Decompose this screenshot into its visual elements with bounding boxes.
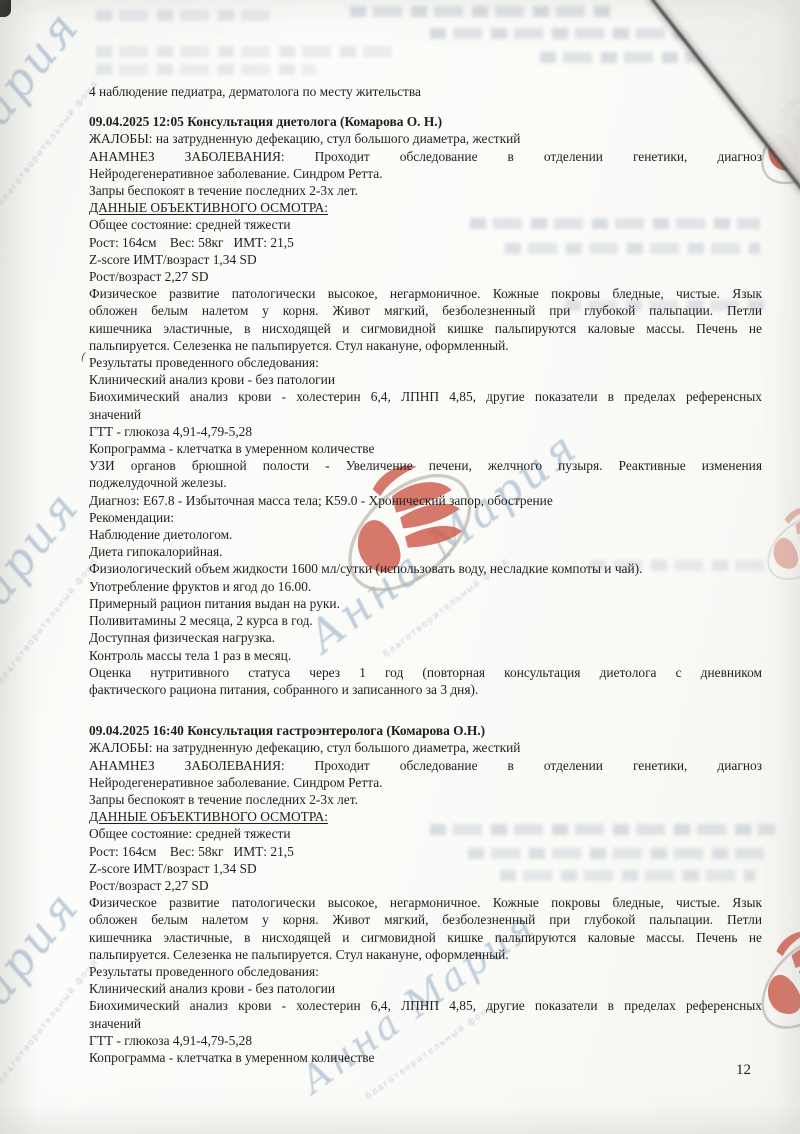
result-line: значений: [89, 1015, 762, 1032]
duration-line: Запры беспокоят в течение последних 2-3х…: [89, 791, 762, 808]
bleedthrough-row: [540, 52, 770, 63]
general-state-line: Общее состояние: средней тяжести: [89, 825, 762, 842]
results-heading: Результаты проведенного обследования:: [89, 354, 762, 371]
anamnesis-line: АНАМНЕЗ ЗАБОЛЕВАНИЯ: Проходит обследован…: [89, 148, 762, 165]
result-line: Биохимический анализ крови - холестерин …: [89, 997, 762, 1014]
watermark-script-left-middle: Мария: [0, 480, 90, 654]
recommendation-line: Употребление фруктов и ягод до 16.00.: [89, 578, 762, 595]
consultation-gastroenterologist: 09.04.2025 16:40 Консультация гастроэнте…: [89, 722, 762, 1066]
consultation-dietologist: 09.04.2025 12:05 Консультация диетолога …: [89, 113, 762, 698]
physical-exam-line: Физическое развитие патологически высоко…: [89, 894, 762, 911]
recommendation-line: Контроль массы тела 1 раз в месяц.: [89, 647, 762, 664]
physical-exam-line: кишечника эластичные, в нисходящей и сиг…: [89, 929, 762, 946]
z-score-height-line: Рост/возраст 2,27 SD: [89, 877, 762, 894]
duration-line: Запры беспокоят в течение последних 2-3х…: [89, 182, 762, 199]
recommendation-line: Доступная физическая нагрузка.: [89, 629, 762, 646]
recommendations-heading: Рекомендации:: [89, 509, 762, 526]
result-line: поджелудочной железы.: [89, 474, 762, 491]
watermark-subtext: благотворительный фонд: [0, 557, 100, 686]
complaints-line: ЖАЛОБЫ: на затрудненную дефекацию, стул …: [89, 130, 762, 147]
document-page: Мария благотворительный фонд Мария благо…: [0, 0, 800, 1134]
recommendation-line: Поливитамины 2 месяца, 2 курса в год.: [89, 612, 762, 629]
result-line: Копрограмма - клетчатка в умеренном коли…: [89, 1049, 762, 1066]
physical-exam-line: кишечника эластичные, в нисходящей и сиг…: [89, 320, 762, 337]
consultation-title: 09.04.2025 12:05 Консультация диетолога …: [89, 113, 762, 130]
result-line: Биохимический анализ крови - холестерин …: [89, 388, 762, 405]
header-note: 4 наблюдение педиатра, дерматолога по ме…: [89, 83, 762, 100]
physical-exam-line: пальпируется. Селезенка не пальпируется.…: [89, 946, 762, 963]
result-line: Клинический анализ крови - без патологии: [89, 371, 762, 388]
watermark-script-left-top: Мария: [0, 0, 90, 174]
recommendation-line: Физиологический объем жидкости 1600 мл/с…: [89, 560, 762, 577]
exam-heading: ДАННЫЕ ОБЪЕКТИВНОГО ОСМОТРА:: [89, 808, 762, 825]
results-heading: Результаты проведенного обследования:: [89, 963, 762, 980]
z-score-bmi-line: Z-score ИМТ/возраст 1,34 SD: [89, 251, 762, 268]
result-line: Клинический анализ крови - без патологии: [89, 980, 762, 997]
watermark-subtext: благотворительный фонд: [0, 957, 100, 1086]
bleedthrough-row: [350, 6, 610, 17]
bleedthrough-row: [96, 10, 276, 21]
result-line: значений: [89, 406, 762, 423]
physical-exam-line: Физическое развитие патологически высоко…: [89, 285, 762, 302]
anthropometry-line: Рост: 164см Вес: 58кг ИМТ: 21,5: [89, 234, 762, 251]
recommendation-line: Примерный рацион питания выдан на руки.: [89, 595, 762, 612]
recommendation-line: Диета гипокалорийная.: [89, 543, 762, 560]
z-score-height-line: Рост/возраст 2,27 SD: [89, 268, 762, 285]
watermark-script-left-bottom: Мария: [0, 880, 90, 1054]
result-line: ГТТ - глюкоза 4,91-4,79-5,28: [89, 1032, 762, 1049]
physical-exam-line: обложен белым налетом у корня. Живот мяг…: [89, 302, 762, 319]
z-score-bmi-line: Z-score ИМТ/возраст 1,34 SD: [89, 860, 762, 877]
physical-exam-line: пальпируется. Селезенка не пальпируется.…: [89, 337, 762, 354]
result-line: ГТТ - глюкоза 4,91-4,79-5,28: [89, 423, 762, 440]
watermark-subtext: благотворительный фонд: [0, 79, 100, 208]
bleedthrough-row: [96, 46, 396, 57]
complaints-line: ЖАЛОБЫ: на затрудненную дефекацию, стул …: [89, 739, 762, 756]
general-state-line: Общее состояние: средней тяжести: [89, 216, 762, 233]
page-number: 12: [736, 1062, 751, 1079]
recommendation-line: фактического рациона питания, собранного…: [89, 681, 762, 698]
document-body: 4 наблюдение педиатра, дерматолога по ме…: [89, 83, 762, 1066]
physical-exam-line: обложен белым налетом у корня. Живот мяг…: [89, 911, 762, 928]
consultation-title: 09.04.2025 16:40 Консультация гастроэнте…: [89, 722, 762, 739]
exam-heading: ДАННЫЕ ОБЪЕКТИВНОГО ОСМОТРА:: [89, 199, 762, 216]
anamnesis-line: Нейродегенеративное заболевание. Синдром…: [89, 774, 762, 791]
result-line: Копрограмма - клетчатка в умеренном коли…: [89, 440, 762, 457]
diagnosis-line: Диагноз: Е67.8 - Избыточная масса тела; …: [89, 492, 762, 509]
anamnesis-line: АНАМНЕЗ ЗАБОЛЕВАНИЯ: Проходит обследован…: [89, 757, 762, 774]
bleedthrough-row: [96, 64, 316, 75]
bleedthrough-row: [430, 28, 760, 39]
result-line: УЗИ органов брюшной полости - Увеличение…: [89, 457, 762, 474]
recommendation-line: Оценка нутритивного статуса через 1 год …: [89, 664, 762, 681]
anamnesis-line: Нейродегенеративное заболевание. Синдром…: [89, 165, 762, 182]
recommendation-line: Наблюдение диетологом.: [89, 526, 762, 543]
anthropometry-line: Рост: 164см Вес: 58кг ИМТ: 21,5: [89, 843, 762, 860]
scan-corner-mark: [0, 0, 11, 17]
